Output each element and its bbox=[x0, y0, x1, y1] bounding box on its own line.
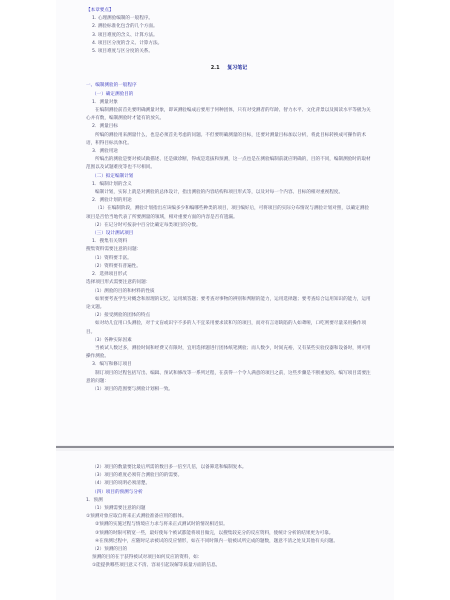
paragraph: 如果要考查学生对概念和原理的记忆，运用填答题；要考查对事物的辨别和判断的能力，运… bbox=[86, 296, 372, 312]
item-title: 2．测验计划的用途 bbox=[86, 197, 372, 205]
subsection-heading: （四）项目的预测与分析 bbox=[86, 489, 372, 497]
section-title: 复习笔记 bbox=[227, 65, 247, 71]
document-viewer: 【本章要点】 1. 心理测验编制的一般程序。 2. 测验标准化包含的几个方面。 … bbox=[0, 0, 450, 600]
list-item: （1）资料要丰富。 bbox=[86, 255, 372, 263]
item-title: 2．选择项目形式 bbox=[86, 271, 372, 279]
paragraph: （2）在记分时可按表中百分比确定每类项目的分数。 bbox=[86, 222, 372, 230]
item-title: 3．测验用途 bbox=[86, 148, 372, 156]
list-item: ①预测对象应取自将来正式测验准备应用的群体。 bbox=[86, 513, 372, 521]
key-point-item: 2. 测验标准化包含的几个方面。 bbox=[86, 23, 372, 31]
paragraph: 所编出的测验是要对被试做描述、还是做诊断，得或是选拔和预测，这一点也是在测验编制… bbox=[86, 156, 372, 172]
key-points-title: 【本章要点】 bbox=[86, 7, 372, 15]
part-heading: 一、编制测验的一般程序 bbox=[86, 82, 372, 90]
paragraph: 编制计划，实际上就是对测验的总体设计，指出测验的内容结构和项目形式等，以及对每一… bbox=[86, 189, 372, 197]
list-item: （3）各种实际因素 bbox=[86, 337, 372, 345]
item-title: 1．编制计划的含义 bbox=[86, 181, 372, 189]
paragraph: （1）在编制阶段，测验计划指出应该编多少和编哪些种类的项目，项目编好后，可将项目… bbox=[86, 205, 372, 221]
subsection-heading: （三）设计测试项目 bbox=[86, 230, 372, 238]
item-title: 1．预测 bbox=[86, 497, 372, 505]
page-break-bar bbox=[56, 446, 394, 448]
section-heading: 2.1 复习笔记 bbox=[86, 64, 372, 72]
item-title: 1．测量对象 bbox=[86, 99, 372, 107]
subsection-heading: （一）确定测验目的 bbox=[86, 91, 372, 99]
paragraph: 制订项目的过程包括写出、编辑、预试和修改等一系列过程，在获得一个令人满意的项目之… bbox=[86, 370, 372, 386]
paragraph: 当被试人数过多，测验时间和经费又有限时，宜用选择题进行团体纸笔测验；而人数少，时… bbox=[86, 345, 372, 361]
list-item: （4）项目的说明必须清楚。 bbox=[86, 480, 372, 488]
document-page-2: （2）项目的数量要比最后所需的数目多一倍至几倍，以备筛选和编制复本。 （3）项目… bbox=[56, 451, 394, 600]
list-item: （2）预测的目的 bbox=[86, 546, 372, 554]
document-page-1: 【本章要点】 1. 心理测验编制的一般程序。 2. 测验标准化包含的几个方面。 … bbox=[56, 0, 394, 445]
paragraph: ②预测的实施过程与情境应力求与将来正式测试时的情况相近似。 bbox=[86, 521, 372, 529]
paragraph: 所编的测验用来测量什么，也是必须首先考虑的问题。不但要明确测量的目标，还要对测量… bbox=[86, 132, 372, 148]
subsection-heading: （二）拟定编制计划 bbox=[86, 173, 372, 181]
paragraph: ③预测的时限可稍宽一些，最好使每个被试都能将项目做完，以搜集较充分的反应资料，使… bbox=[86, 530, 372, 538]
paragraph: 如对幼儿宜用口头测验，对于文盲或识字不多的人不宜采用要求读和写的项目，而对有言语… bbox=[86, 320, 372, 336]
paragraph: 选择项目形式需要注意的问题： bbox=[86, 279, 372, 287]
list-item: （2）资料要有普遍性。 bbox=[86, 263, 372, 271]
item-title: 1．搜集有关资料 bbox=[86, 238, 372, 246]
section-number: 2.1 bbox=[211, 65, 220, 71]
key-point-item: 4. 项目区分度的含义、计算方法。 bbox=[86, 40, 372, 48]
paragraph: 搜集资料需要注意的问题： bbox=[86, 246, 372, 254]
list-item: （3）项目的难度必须符合测验目的的需要。 bbox=[86, 472, 372, 480]
list-item: （1）项目的范围要与测验计划相一致。 bbox=[86, 386, 372, 394]
list-item: （2）接受测验的团体的特点 bbox=[86, 312, 372, 320]
paragraph: 预测的目的在于获得被试对项目如何反应的资料，如： bbox=[86, 554, 372, 562]
key-point-item: 3. 项目难度的含义、计算方法。 bbox=[86, 32, 372, 40]
item-title: 3．编写和修订项目 bbox=[86, 361, 372, 369]
list-item: （2）项目的数量要比最后所需的数目多一倍至几倍，以备筛选和编制复本。 bbox=[86, 464, 372, 472]
item-title: 2．测量目标 bbox=[86, 123, 372, 131]
paragraph: 在编制测验前首先要明确测量对象，即该测验编成后要用于何种团体，只有对受测者的年龄… bbox=[86, 107, 372, 123]
key-point-item: 5. 项目难度与区分度的关系。 bbox=[86, 48, 372, 56]
paragraph: ④在预测过程中，应随时记录被试的反应情形，如在不同时限内一般被试所完成的题数，题… bbox=[86, 538, 372, 546]
list-item: ①能提供哪些项目意义不清、容易引起误解等质量方面的信息。 bbox=[86, 562, 372, 570]
list-item: （1）预测需要注意的问题 bbox=[86, 505, 372, 513]
list-item: （1）测验的目的和材料的性质 bbox=[86, 288, 372, 296]
key-point-item: 1. 心理测验编制的一般程序。 bbox=[86, 15, 372, 23]
